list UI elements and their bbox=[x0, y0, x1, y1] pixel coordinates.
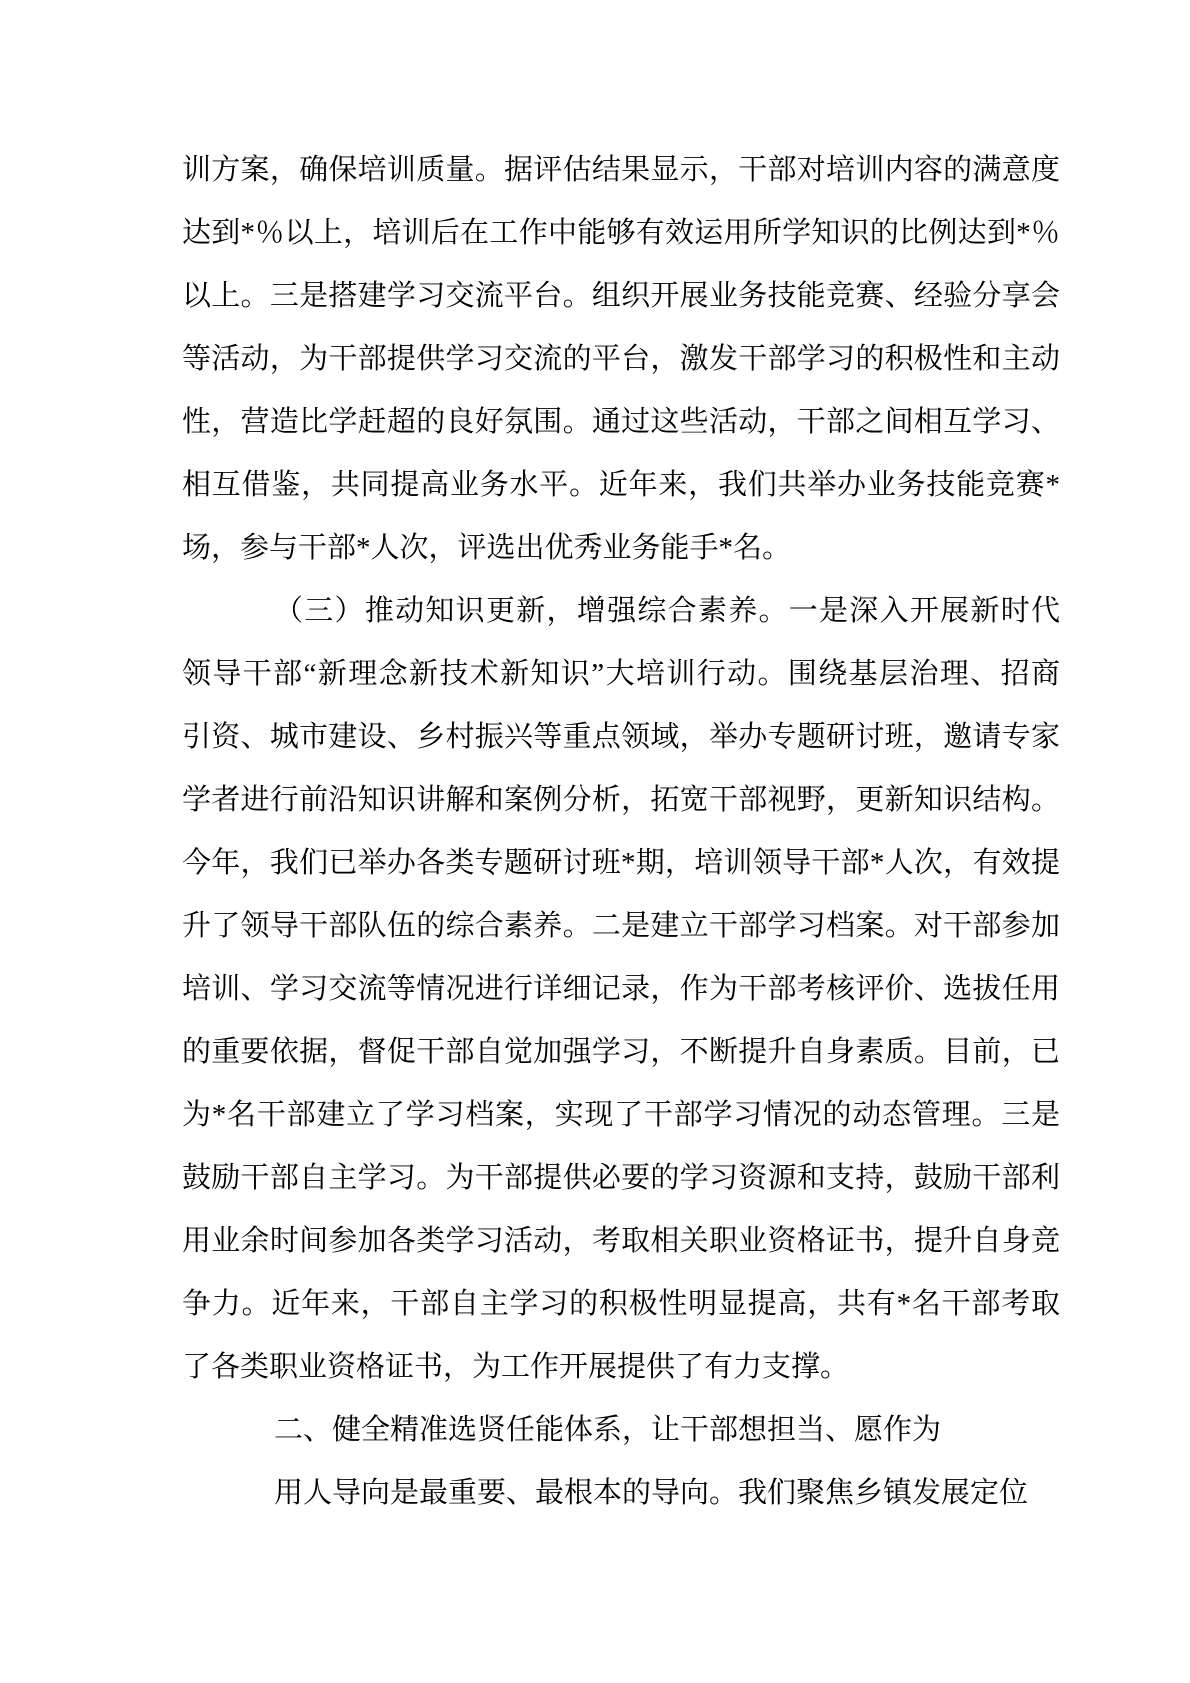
section-heading-line: 二、健全精准选贤任能体系，让干部想担当、愿作为 bbox=[182, 1399, 1060, 1462]
text-line: 引资、城市建设、乡村振兴等重点领域，举办专题研讨班，邀请专家 bbox=[182, 706, 1060, 769]
text-line: 学者进行前沿知识讲解和案例分析，拓宽干部视野，更新知识结构。 bbox=[182, 769, 1060, 832]
text-line: 训方案，确保培训质量。据评估结果显示，干部对培训内容的满意度 bbox=[182, 139, 1060, 202]
text-line: 场，参与干部*人次，评选出优秀业务能手*名。 bbox=[182, 517, 1060, 580]
text-line: 鼓励干部自主学习。为干部提供必要的学习资源和支持，鼓励干部利 bbox=[182, 1147, 1060, 1210]
text-line: 达到*％以上，培训后在工作中能够有效运用所学知识的比例达到*％ bbox=[182, 202, 1060, 265]
text-line: 升了领导干部队伍的综合素养。二是建立干部学习档案。对干部参加 bbox=[182, 895, 1060, 958]
text-line: 为*名干部建立了学习档案，实现了干部学习情况的动态管理。三是 bbox=[182, 1084, 1060, 1147]
text-line: 用业余时间参加各类学习活动，考取相关职业资格证书，提升自身竞 bbox=[182, 1210, 1060, 1273]
text-line: 等活动，为干部提供学习交流的平台，激发干部学习的积极性和主动 bbox=[182, 328, 1060, 391]
text-line: 今年，我们已举办各类专题研讨班*期，培训领导干部*人次，有效提 bbox=[182, 832, 1060, 895]
text-line: 以上。三是搭建学习交流平台。组织开展业务技能竞赛、经验分享会 bbox=[182, 265, 1060, 328]
text-line: 性，营造比学赶超的良好氛围。通过这些活动，干部之间相互学习、 bbox=[182, 391, 1060, 454]
document-page: 训方案，确保培训质量。据评估结果显示，干部对培训内容的满意度达到*％以上，培训后… bbox=[0, 0, 1190, 1683]
text-line: 了各类职业资格证书，为工作开展提供了有力支撑。 bbox=[182, 1336, 1060, 1399]
text-column: 训方案，确保培训质量。据评估结果显示，干部对培训内容的满意度达到*％以上，培训后… bbox=[182, 139, 1060, 1525]
text-line: 用人导向是最重要、最根本的导向。我们聚焦乡镇发展定位 bbox=[182, 1462, 1060, 1525]
text-line: 领导干部“新理念新技术新知识”大培训行动。围绕基层治理、招商 bbox=[182, 643, 1060, 706]
text-line: 争力。近年来，干部自主学习的积极性明显提高，共有*名干部考取 bbox=[182, 1273, 1060, 1336]
text-line: （三）推动知识更新，增强综合素养。一是深入开展新时代 bbox=[182, 580, 1060, 643]
text-line: 的重要依据，督促干部自觉加强学习，不断提升自身素质。目前，已 bbox=[182, 1021, 1060, 1084]
text-line: 相互借鉴，共同提高业务水平。近年来，我们共举办业务技能竞赛* bbox=[182, 454, 1060, 517]
text-line: 培训、学习交流等情况进行详细记录，作为干部考核评价、选拔任用 bbox=[182, 958, 1060, 1021]
